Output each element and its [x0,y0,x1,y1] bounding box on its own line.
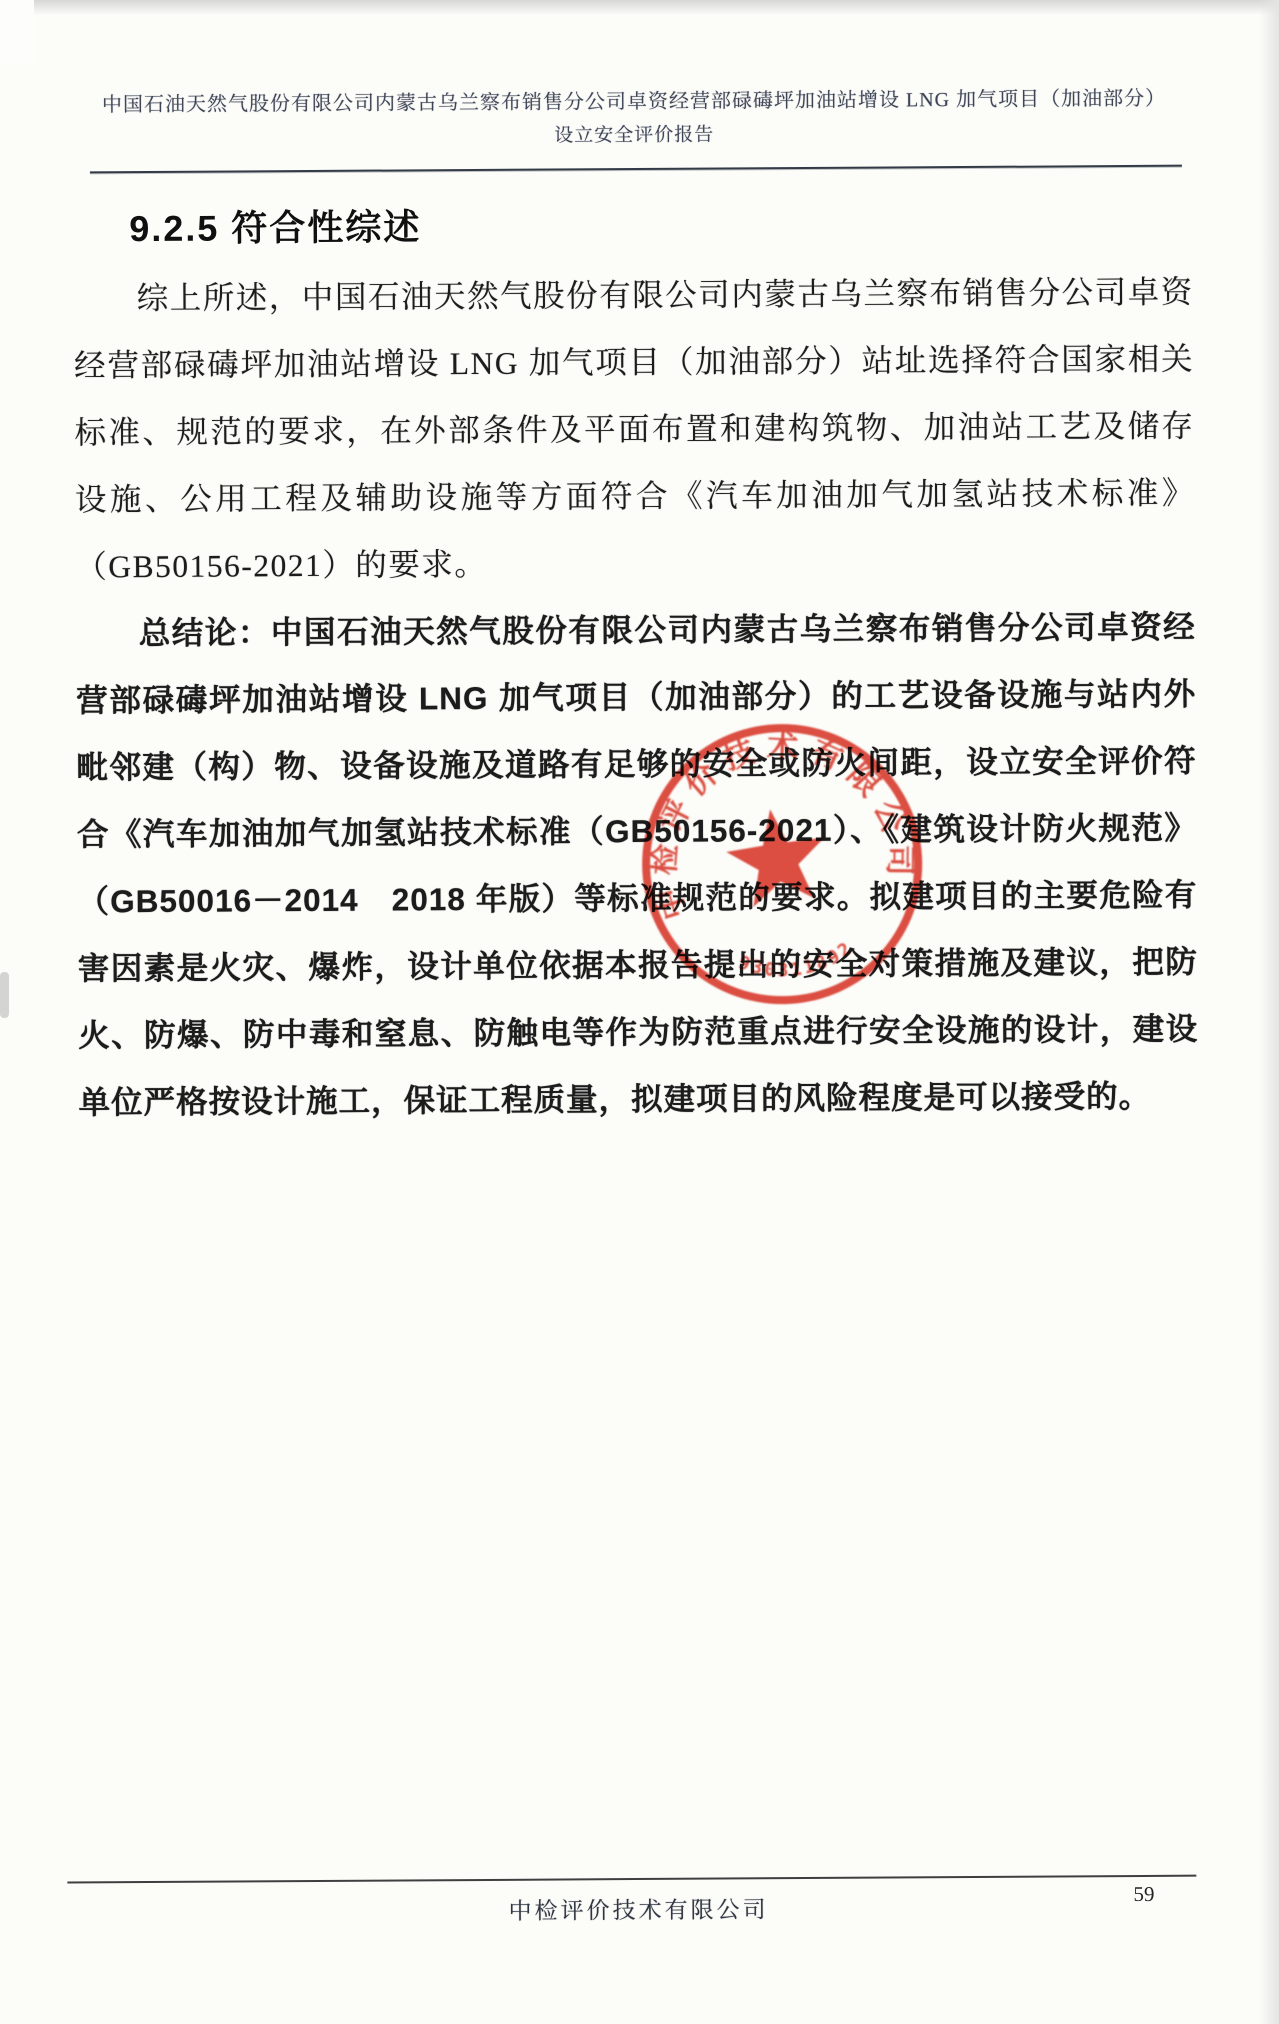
scan-edge-right [1259,0,1279,2024]
company-seal-stamp: 中检评价技术有限公司 930311892 [631,713,933,1015]
document-page: 中国石油天然气股份有限公司内蒙古乌兰察布销售分公司卓资经营部碌碡坪加油站增设 L… [0,0,1279,2024]
footer-rule [67,1875,1196,1884]
scanned-sheet: 中国石油天然气股份有限公司内蒙古乌兰察布销售分公司卓资经营部碌碡坪加油站增设 L… [0,0,1279,2024]
page-number: 59 [1133,1882,1154,1907]
report-header-line1: 中国石油天然气股份有限公司内蒙古乌兰察布销售分公司卓资经营部碌碡坪加油站增设 L… [64,81,1203,124]
scan-edge-top [0,0,1279,15]
seal-star-icon [721,802,833,909]
scan-corner-tab [0,0,34,64]
header-rule [90,165,1182,174]
seal-number: 930311892 [733,935,860,988]
paragraph-summary: 综上所述，中国石油天然气股份有限公司内蒙古乌兰察布销售分公司卓资经营部碌碡坪加油… [74,259,1196,601]
footer-company: 中检评价技术有限公司 [508,1891,768,1926]
seal-arc-text: 中检评价技术有限公司 [631,713,923,924]
scan-smudge-left [0,972,9,1018]
report-header: 中国石油天然气股份有限公司内蒙古乌兰察布销售分公司卓资经营部碌碡坪加油站增设 L… [64,81,1203,156]
section-heading: 9.2.5 符合性综述 [129,199,421,252]
